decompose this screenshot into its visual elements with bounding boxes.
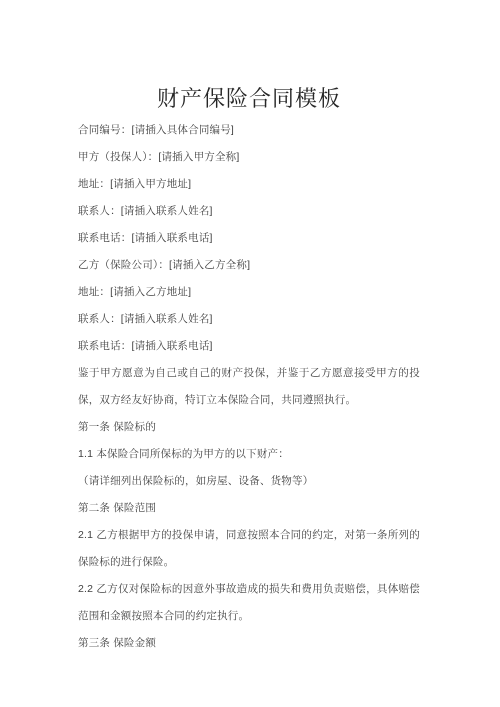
article-3-heading: 第三条 保险金额: [78, 630, 420, 657]
article-1-heading: 第一条 保险标的: [78, 414, 420, 441]
party-a-contact-line: 联系人：[请插入联系人姓名]: [78, 198, 420, 225]
party-b-line: 乙方（保险公司）：[请插入乙方全称]: [78, 252, 420, 279]
article-2-heading: 第二条 保险范围: [78, 495, 420, 522]
party-a-address-line: 地址：[请插入甲方地址]: [78, 171, 420, 198]
clause-1-1: 1.1 本保险合同所保标的为甲方的以下财产：: [78, 441, 420, 468]
party-a-phone-line: 联系电话：[请插入联系电话]: [78, 225, 420, 252]
contract-number-line: 合同编号：[请插入具体合同编号]: [78, 117, 420, 144]
document-page: 财产保险合同模板 合同编号：[请插入具体合同编号] 甲方（投保人）：[请插入甲方…: [0, 0, 500, 707]
clause-2-2: 2.2 乙方仅对保险标的因意外事故造成的损失和费用负责赔偿，具体赔偿范围和金额按…: [78, 576, 420, 630]
party-b-address-line: 地址：[请插入乙方地址]: [78, 279, 420, 306]
contract-document: 财产保险合同模板 合同编号：[请插入具体合同编号] 甲方（投保人）：[请插入甲方…: [0, 0, 500, 657]
clause-1-1-note: （请详细列出保险标的，如房屋、设备、货物等）: [78, 468, 420, 495]
party-b-contact-line: 联系人：[请插入联系人姓名]: [78, 306, 420, 333]
party-a-line: 甲方（投保人）：[请插入甲方全称]: [78, 144, 420, 171]
document-title: 财产保险合同模板: [78, 84, 420, 114]
document-body: 合同编号：[请插入具体合同编号] 甲方（投保人）：[请插入甲方全称] 地址：[请…: [78, 117, 420, 657]
clause-2-1: 2.1 乙方根据甲方的投保申请，同意按照本合同的约定，对第一条所列的保险标的进行…: [78, 522, 420, 576]
preamble-paragraph: 鉴于甲方愿意为自己或自己的财产投保，并鉴于乙方愿意接受甲方的投保，双方经友好协商…: [78, 360, 420, 414]
party-b-phone-line: 联系电话：[请插入联系电话]: [78, 333, 420, 360]
